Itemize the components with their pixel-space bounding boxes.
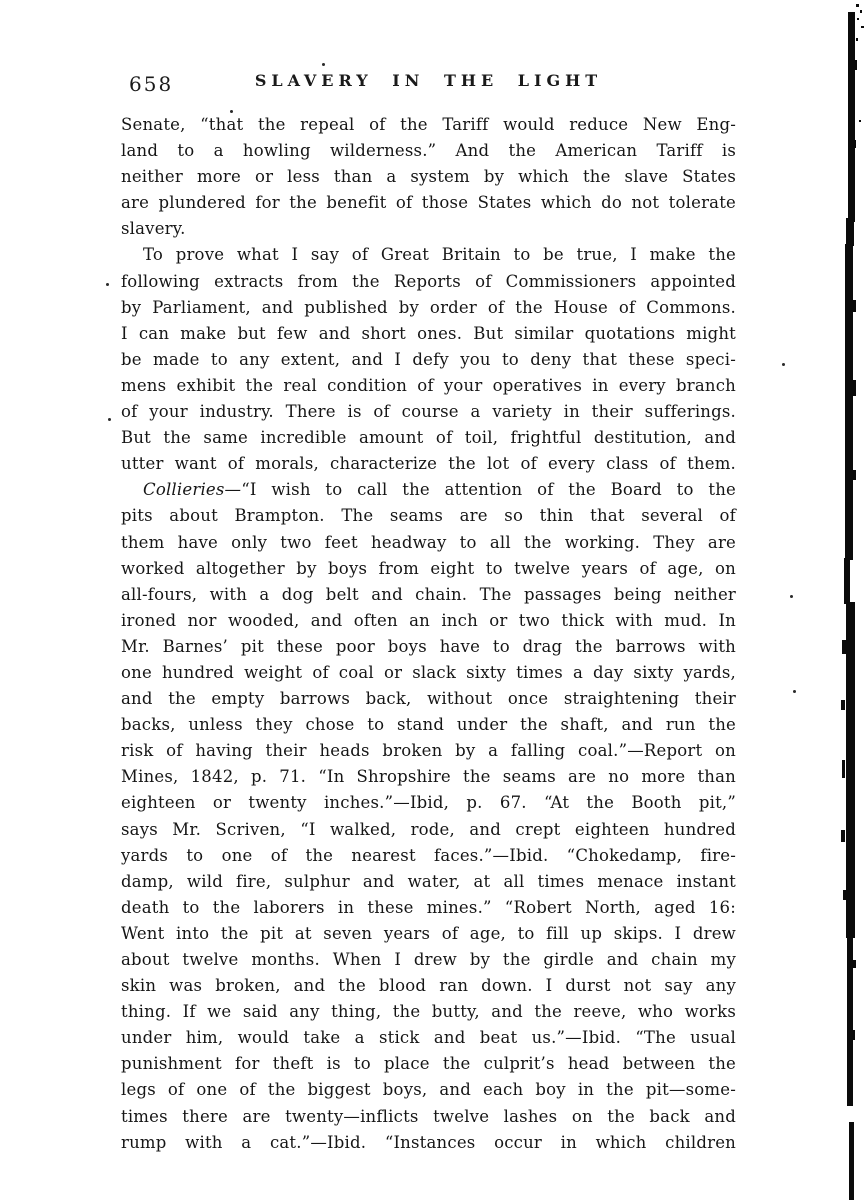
paragraph: Senate, “that the repeal of the Tariff w… [121, 112, 736, 242]
text-line: and the empty barrows back, without once… [121, 686, 736, 712]
text-line: pits about Brampton. The seams are so th… [121, 503, 736, 529]
text-line: But the same incredible amount of toil, … [121, 425, 736, 451]
text-line: all-fours, with a dog belt and chain. Th… [121, 582, 736, 608]
text-line: death to the laborers in these mines.” “… [121, 895, 736, 921]
paragraph: Collieries—“I wish to call the attention… [121, 477, 736, 1155]
scan-speck [322, 63, 325, 66]
text-line: Mr. Barnes’ pit these poor boys have to … [121, 634, 736, 660]
text-line: says Mr. Scriven, “I walked, rode, and c… [121, 817, 736, 843]
scan-speck [793, 690, 796, 693]
text-line: skin was broken, and the blood ran down.… [121, 973, 736, 999]
text-line: eighteen or twenty inches.”—Ibid, p. 67.… [121, 790, 736, 816]
text-line: legs of one of the biggest boys, and eac… [121, 1077, 736, 1103]
text-line: backs, unless they chose to stand under … [121, 712, 736, 738]
text-line: rump with a cat.”—Ibid. “Instances occur… [121, 1130, 736, 1156]
text-line: them have only two feet headway to all t… [121, 530, 736, 556]
page-body: Senate, “that the repeal of the Tariff w… [121, 112, 736, 1156]
text-line: Mines, 1842, p. 71. “In Shropshire the s… [121, 764, 736, 790]
text-line: thing. If we said any thing, the butty, … [121, 999, 736, 1025]
scan-speck [230, 110, 233, 113]
text-line: To prove what I say of Great Britain to … [121, 242, 736, 268]
text-line: Collieries—“I wish to call the attention… [121, 477, 736, 503]
scan-speck [782, 363, 785, 366]
text-line: under him, would take a stick and beat u… [121, 1025, 736, 1051]
text-line: punishment for theft is to place the cul… [121, 1051, 736, 1077]
text-line: by Parliament, and published by order of… [121, 295, 736, 321]
text-line: of your industry. There is of course a v… [121, 399, 736, 425]
text-line: be made to any extent, and I defy you to… [121, 347, 736, 373]
text-line: worked altogether by boys from eight to … [121, 556, 736, 582]
scan-speck [790, 595, 793, 598]
page-header: 658 SLAVERY IN THE LIGHT [121, 70, 736, 98]
text-line: damp, wild fire, sulphur and water, at a… [121, 869, 736, 895]
running-header-title: SLAVERY IN THE LIGHT [121, 71, 736, 90]
text-line: about twelve months. When I drew by the … [121, 947, 736, 973]
scan-speck [106, 283, 109, 286]
scanned-book-page: 658 SLAVERY IN THE LIGHT Senate, “that t… [0, 0, 867, 1200]
text-line: land to a howling wilderness.” And the A… [121, 138, 736, 164]
text-line: slavery. [121, 216, 736, 242]
text-line: one hundred weight of coal or slack sixt… [121, 660, 736, 686]
text-line: utter want of morals, characterize the l… [121, 451, 736, 477]
text-line: Senate, “that the repeal of the Tariff w… [121, 112, 736, 138]
text-line: mens exhibit the real condition of your … [121, 373, 736, 399]
text-line: ironed nor wooded, and often an inch or … [121, 608, 736, 634]
scan-speck [108, 418, 111, 421]
text-line: are plundered for the benefit of those S… [121, 190, 736, 216]
text-line: times there are twenty—inflicts twelve l… [121, 1104, 736, 1130]
text-line: risk of having their heads broken by a f… [121, 738, 736, 764]
italic-lead: Collieries— [143, 480, 241, 499]
text-line: Went into the pit at seven years of age,… [121, 921, 736, 947]
paragraph: To prove what I say of Great Britain to … [121, 242, 736, 477]
scan-binding-artifact [838, 0, 867, 1200]
text-line: I can make but few and short ones. But s… [121, 321, 736, 347]
text-line: following extracts from the Reports of C… [121, 269, 736, 295]
text-line: neither more or less than a system by wh… [121, 164, 736, 190]
text-line: yards to one of the nearest faces.”—Ibid… [121, 843, 736, 869]
